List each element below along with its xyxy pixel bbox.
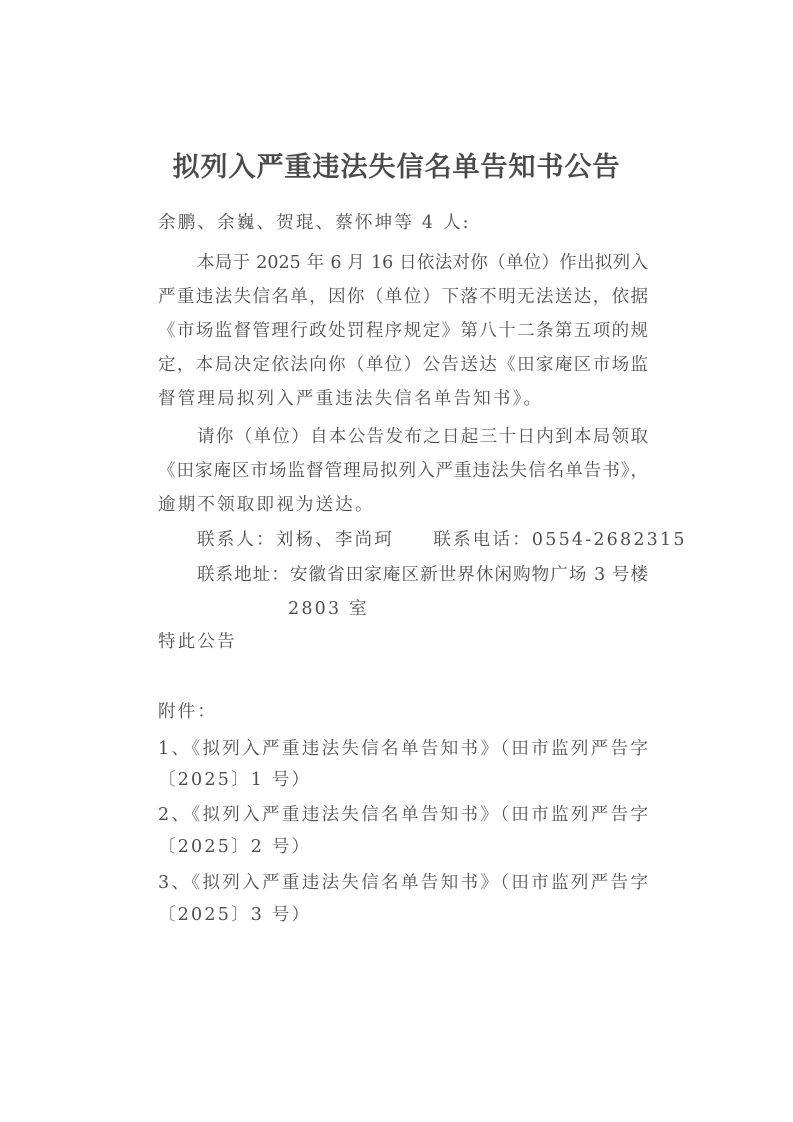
paragraph1-line4: 定，本局决定依法向你（单位）公告送达《田家庵区市场监 bbox=[158, 353, 648, 377]
attachment-1-line1: 1、《拟列入严重违法失信名单告知书》（田市监列严告字 bbox=[158, 737, 648, 761]
attachment-1-line2: 〔2025〕1 号） bbox=[158, 768, 648, 792]
closing-statement: 特此公告 bbox=[158, 630, 648, 654]
attachment-3-line1: 3、《拟列入严重违法失信名单告知书》（田市监列严告字 bbox=[158, 871, 648, 895]
paragraph2-line1: 请你（单位）自本公告发布之日起三十日内到本局领取 bbox=[197, 425, 648, 449]
paragraph1-line1: 本局于 2025 年 6 月 16 日依法对你（单位）作出拟列入 bbox=[197, 251, 648, 275]
paragraph1-line3: 《市场监督管理行政处罚程序规定》第八十二条第五项的规 bbox=[158, 319, 648, 343]
attachments-label: 附件： bbox=[158, 700, 648, 724]
paragraph2-line2: 《田家庵区市场监督管理局拟列入严重违法失信名单告书》， bbox=[158, 459, 648, 483]
contact-address-line2: 2803 室 bbox=[288, 597, 648, 621]
attachment-3-line2: 〔2025〕3 号） bbox=[158, 903, 648, 927]
document-title: 拟列入严重违法失信名单告知书公告 bbox=[0, 145, 793, 184]
paragraph1-line2: 严重违法失信名单，因你（单位）下落不明无法送达，依据 bbox=[158, 285, 648, 309]
paragraph2-line3: 逾期不领取即视为送达。 bbox=[158, 493, 648, 517]
addressee: 余鹏、余巍、贺琨、蔡怀坤等 4 人: bbox=[158, 211, 648, 235]
attachment-2-line1: 2、《拟列入严重违法失信名单告知书》（田市监列严告字 bbox=[158, 803, 648, 827]
paragraph1-line5: 督管理局拟列入严重违法失信名单告知书》。 bbox=[158, 387, 648, 411]
document-page: 拟列入严重违法失信名单告知书公告 余鹏、余巍、贺琨、蔡怀坤等 4 人: 本局于 … bbox=[0, 0, 793, 1122]
contact-persons-phone: 联系人：刘杨、李尚珂 联系电话：0554-2682315 bbox=[197, 528, 648, 552]
attachment-2-line2: 〔2025〕2 号） bbox=[158, 835, 648, 859]
contact-address-line1: 联系地址：安徽省田家庵区新世界休闲购物广场 3 号楼 bbox=[197, 563, 648, 587]
